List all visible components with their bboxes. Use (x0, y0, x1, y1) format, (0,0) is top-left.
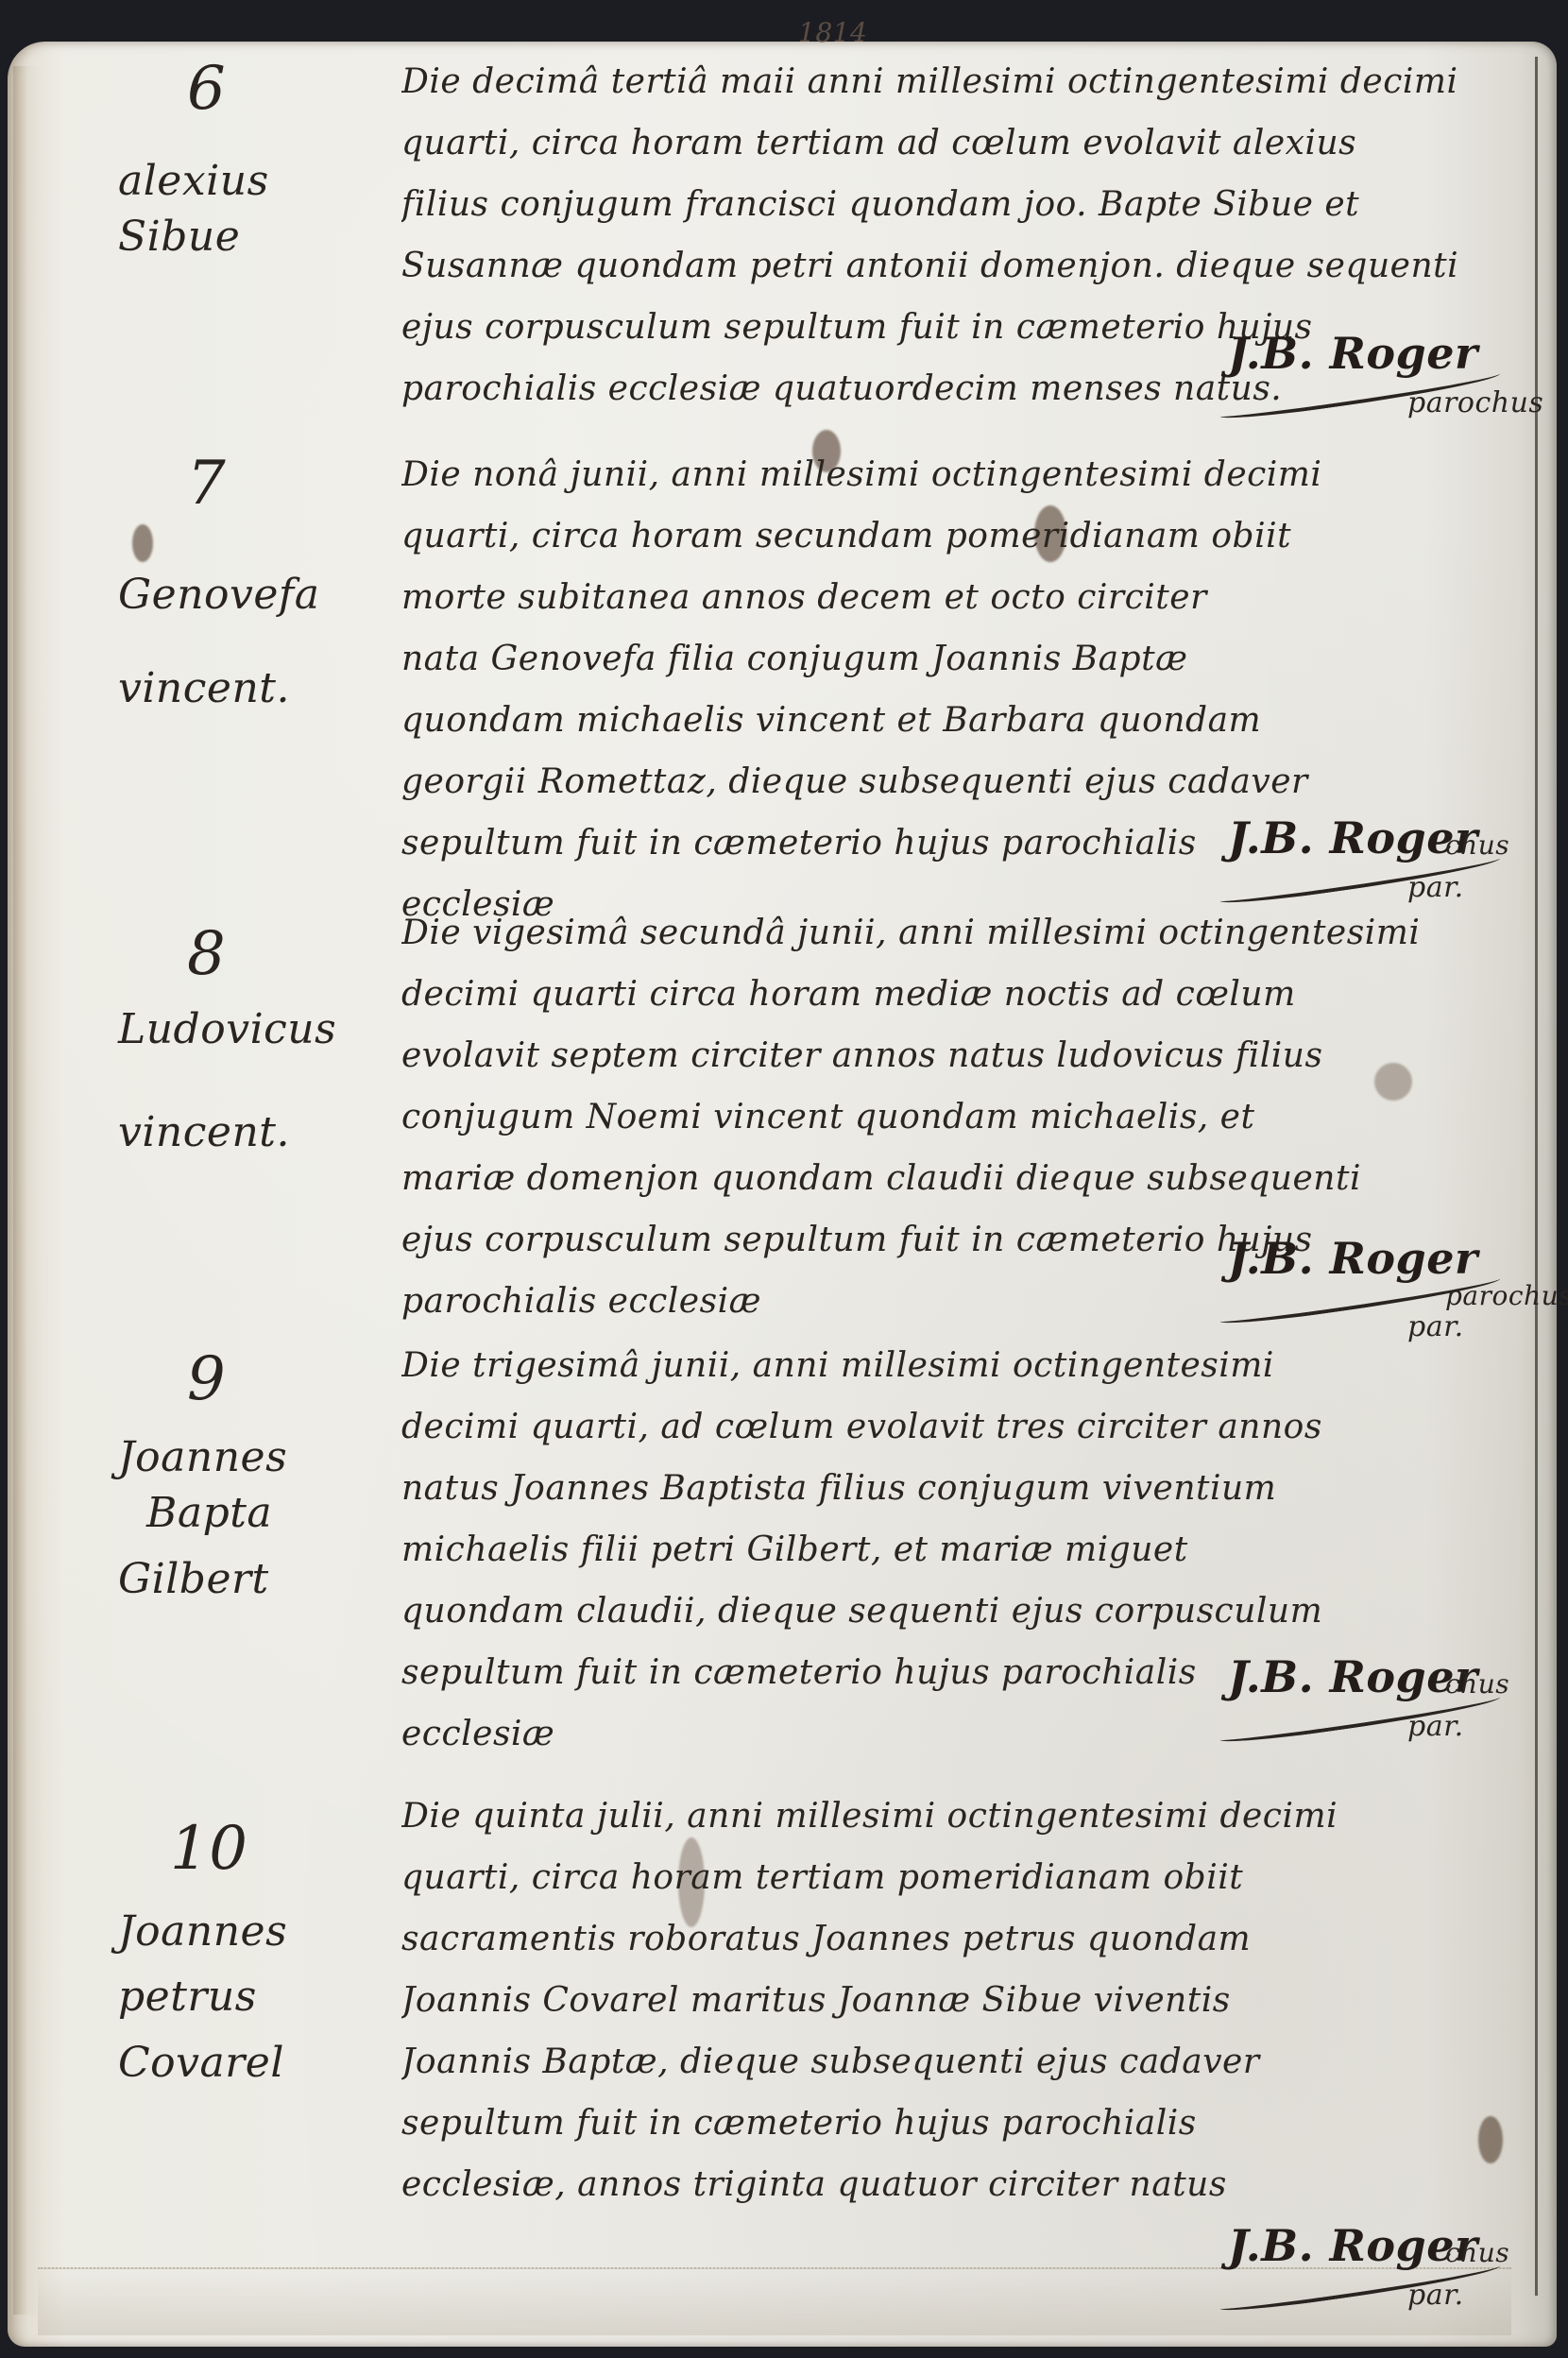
margin-name-line: Gilbert (118, 1551, 287, 1607)
entry-number: 7 (187, 453, 226, 514)
year-annotation: 1814 (798, 17, 867, 48)
margin-name-line: Joannes (118, 1904, 287, 1959)
margin-name-line: Joannes (118, 1429, 287, 1485)
margin-name: Ludovicus vincent. (118, 1001, 336, 1161)
text-line: quondam claudii, dieque sequenti ejus co… (401, 1581, 1535, 1642)
margin-name-line: Bapta (118, 1485, 287, 1541)
signature-title: par. (1407, 2279, 1464, 2312)
margin-name-line: Genovefa (118, 567, 319, 623)
text-line: nata Genovefa filia conjugum Joannis Bap… (401, 628, 1535, 690)
text-line: mariæ domenjon quondam claudii dieque su… (401, 1148, 1535, 1209)
text-line: morte subitanea annos decem et octo circ… (401, 567, 1535, 628)
text-line: quarti, circa horam tertiam ad cœlum evo… (401, 112, 1535, 174)
text-line: quarti, circa horam tertiam pomeridianam… (401, 1847, 1535, 1908)
margin-name-line: alexius (118, 153, 269, 209)
signature-title: par. (1407, 1710, 1464, 1743)
margin-name-line: vincent. (118, 660, 319, 716)
signature-title: parochus (1407, 386, 1543, 419)
text-line: Die decimâ tertiâ maii anni millesimi oc… (401, 51, 1535, 112)
margin-name: alexius Sibue (118, 153, 269, 265)
entry-number: 10 (170, 1819, 247, 1879)
priest-signature: J.B. Roger parochus (1219, 328, 1530, 441)
margin-name-line: petrus (118, 1969, 287, 2025)
margin-name-line: Covarel (118, 2035, 287, 2091)
signature-name: J.B. Roger (1228, 328, 1478, 379)
text-line: ecclesiæ, annos triginta quatuor circite… (401, 2154, 1535, 2215)
margin-name: Joannes petrus Covarel (118, 1904, 287, 2091)
text-line: Die nonâ junii, anni millesimi octingent… (401, 444, 1535, 505)
entry-number: 9 (187, 1349, 226, 1410)
margin-name-line: Ludovicus (118, 1001, 336, 1057)
margin-name: Genovefa vincent. (118, 567, 319, 717)
ink-stain (132, 524, 153, 562)
entry-number: 6 (187, 59, 226, 119)
text-line: michaelis filii petri Gilbert, et mariæ … (401, 1519, 1535, 1581)
text-line: sacramentis roboratus Joannes petrus quo… (401, 1908, 1535, 1970)
text-line: decimi quarti circa horam mediæ noctis a… (401, 964, 1535, 1025)
text-line: quarti, circa horam secundam pomeridiana… (401, 505, 1535, 567)
priest-signature: J.B. Roger chus par. (1219, 2220, 1530, 2333)
text-line: Susannæ quondam petri antonii domenjon. … (401, 235, 1535, 297)
margin-name-line: vincent. (118, 1104, 336, 1160)
signature-name: J.B. Roger (1228, 1651, 1478, 1702)
text-line: Joannis Baptæ, dieque subsequenti ejus c… (401, 2031, 1535, 2093)
text-line: Die quinta julii, anni millesimi octinge… (401, 1786, 1535, 1847)
priest-signature: J.B. Roger chus par. (1219, 1651, 1530, 1765)
margin-name: Joannes Bapta Gilbert (118, 1429, 287, 1607)
signature-name: J.B. Roger (1228, 2220, 1478, 2271)
page-binding-shadow (13, 66, 42, 2315)
text-line: quondam michaelis vincent et Barbara quo… (401, 690, 1535, 751)
signature-name: J.B. Roger (1228, 1233, 1478, 1284)
text-line: filius conjugum francisci quondam joo. B… (401, 174, 1535, 235)
text-line: Die trigesimâ junii, anni millesimi octi… (401, 1335, 1535, 1396)
priest-signature: J.B. Roger parochus par. (1219, 1233, 1530, 1346)
text-line: sepultum fuit in cæmeterio hujus parochi… (401, 2093, 1535, 2154)
text-line: conjugum Noemi vincent quondam michaelis… (401, 1086, 1535, 1148)
text-line: natus Joannes Baptista filius conjugum v… (401, 1458, 1535, 1519)
entry-number: 8 (187, 924, 226, 984)
signature-title: par. (1407, 871, 1464, 904)
text-line: Joannis Covarel maritus Joannæ Sibue viv… (401, 1970, 1535, 2031)
text-line: Die vigesimâ secundâ junii, anni millesi… (401, 902, 1535, 964)
text-line: decimi quarti, ad cœlum evolavit tres ci… (401, 1396, 1535, 1458)
text-line: georgii Romettaz, dieque subsequenti eju… (401, 751, 1535, 812)
entry-text: Die quinta julii, anni millesimi octinge… (401, 1786, 1535, 2215)
text-line: evolavit septem circiter annos natus lud… (401, 1025, 1535, 1086)
signature-name: J.B. Roger (1228, 812, 1478, 863)
margin-name-line: Sibue (118, 209, 269, 265)
